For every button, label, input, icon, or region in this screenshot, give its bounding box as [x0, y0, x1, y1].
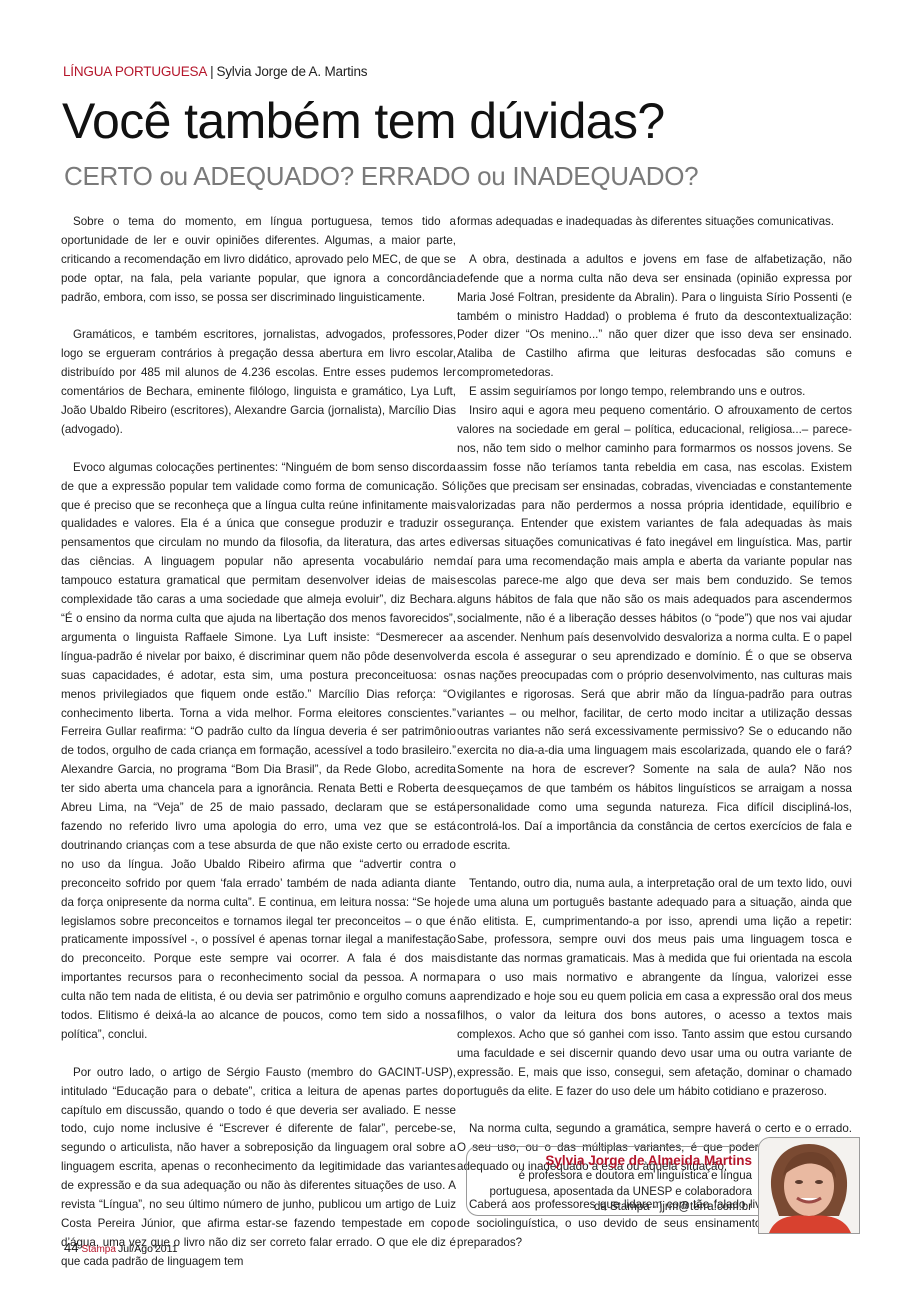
paragraph: Insiro aqui e agora meu pequeno comentár… [457, 402, 852, 856]
article-title: Você também tem dúvidas? [62, 96, 665, 146]
bio-name: Sylvia Jorge de Almeida Martins [467, 1153, 752, 1169]
article-subtitle: CERTO ou ADEQUADO? ERRADO ou INADEQUADO? [64, 163, 698, 189]
author-byline: Sylvia Jorge de A. Martins [216, 64, 367, 79]
bio-line: portuguesa, aposentada da UNESP e colabo… [467, 1185, 752, 1201]
paragraph: E assim seguiríamos por longo tempo, rel… [457, 383, 852, 402]
section-label: LÍNGUA PORTUGUESA [63, 64, 207, 79]
right-column: formas adequadas e inadequadas às difere… [457, 213, 852, 1253]
paragraph: Sobre o tema do momento, em língua portu… [61, 213, 456, 308]
bio-line: é professora e doutora em linguística e … [467, 1169, 752, 1185]
magazine-brand: Stampa [81, 1244, 115, 1255]
paragraph: Tentando, outro dia, numa aula, a interp… [457, 875, 852, 1102]
kicker-separator: | [210, 64, 213, 79]
portrait-icon [759, 1138, 859, 1233]
author-bio-box: Sylvia Jorge de Almeida Martins é profes… [466, 1146, 766, 1216]
paragraph: formas adequadas e inadequadas às difere… [457, 213, 852, 232]
author-photo [758, 1137, 860, 1234]
article-kicker: LÍNGUA PORTUGUESA|Sylvia Jorge de A. Mar… [63, 64, 367, 79]
page-footer: 44StampaJul/Ago'2011 [64, 1240, 178, 1255]
paragraph: A obra, destinada a adultos e jovens em … [457, 251, 852, 383]
left-column: Sobre o tema do momento, em língua portu… [61, 213, 456, 1272]
paragraph: Evoco algumas colocações pertinentes: “N… [61, 459, 456, 1045]
paragraph: Gramáticos, e também escritores, jornali… [61, 326, 456, 439]
bio-line-email: da Stampa - jjrm@terra.com.br [467, 1200, 752, 1216]
issue-date: Jul/Ago'2011 [118, 1243, 178, 1255]
page-number: 44 [64, 1240, 78, 1255]
